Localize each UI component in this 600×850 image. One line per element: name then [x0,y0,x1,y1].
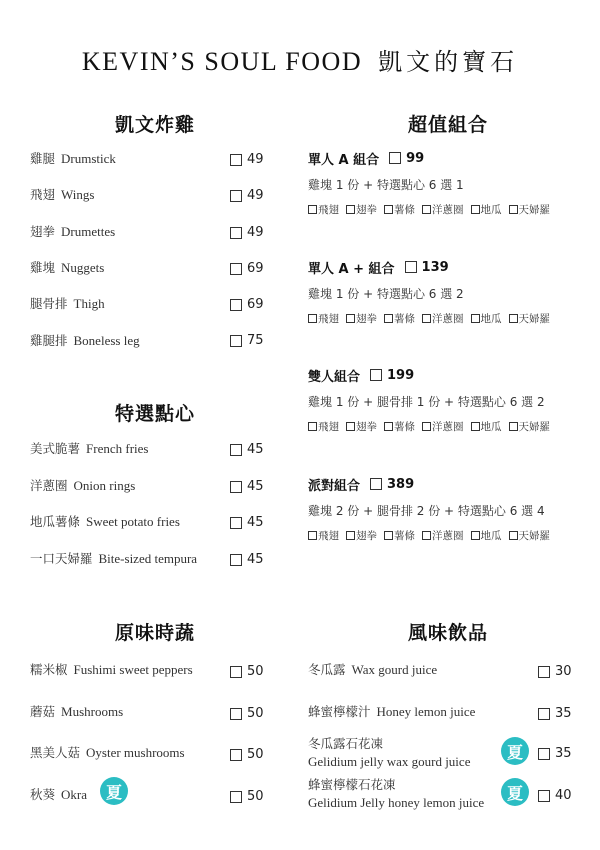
checkbox-icon[interactable] [471,531,480,540]
price-value: 50 [247,747,264,762]
price-value: 40 [555,788,572,803]
price-mushrooms[interactable]: 50 [230,706,264,721]
checkbox-icon[interactable] [471,422,480,431]
checkbox-icon[interactable] [346,422,355,431]
option-label: 薯條 [394,528,415,543]
checkbox-icon[interactable] [346,314,355,323]
combo-price: 199 [387,368,414,383]
price-french-fries[interactable]: 45 [230,442,264,457]
price-value: 50 [247,706,264,721]
checkbox-icon[interactable] [230,263,242,275]
price-value: 69 [247,297,264,312]
item-name-en: Gelidium Jelly honey lemon juice [308,795,508,811]
option-fries[interactable]: 薯條 [384,311,415,326]
checkbox-icon[interactable] [405,261,417,273]
item-name-en: Gelidium jelly wax gourd juice [308,754,508,770]
option-tempura[interactable]: 天婦羅 [509,419,551,434]
price-value: 45 [247,442,264,457]
combo-price: 99 [406,151,424,166]
item-name-zh: 糯米椒 [30,662,68,677]
item-name-en: French fries [86,441,148,456]
option-label: 天婦羅 [519,311,551,326]
checkbox-icon[interactable] [422,314,431,323]
combo-name: 雙人組合 [308,366,360,385]
item-name-en: Okra [61,787,87,802]
option-label: 飛翅 [318,528,339,543]
option-label: 天婦羅 [519,202,551,217]
option-label: 洋蔥圈 [432,419,464,434]
item-name-en: Fushimi sweet peppers [74,662,193,677]
price-value: 49 [247,188,264,203]
checkbox-icon[interactable] [384,422,393,431]
option-tempura[interactable]: 天婦羅 [509,311,551,326]
price-wax-gourd-juice[interactable]: 30 [538,664,572,679]
item-name-en: Wax gourd juice [352,662,438,677]
price-value: 49 [247,225,264,240]
item-name-en: Drumettes [61,224,115,239]
price-nuggets[interactable]: 69 [230,261,264,276]
checkbox-icon[interactable] [538,790,550,802]
price-value: 69 [247,261,264,276]
checkbox-icon[interactable] [230,227,242,239]
item-name-zh: 蜂蜜檸檬石花凍 [308,777,396,792]
checkbox-icon[interactable] [384,531,393,540]
option-sweet-potato[interactable]: 地瓜 [471,419,502,434]
combo-options: 飛翅 翅拳 薯條 洋蔥圈 地瓜 天婦羅 [308,202,588,217]
combo-header: 單人 A + 組合139 [308,258,588,276]
checkbox-icon[interactable] [230,190,242,202]
combo-header: 派對組合389 [308,475,588,493]
section-title-fried-chicken: 凱文炸雞 [55,110,255,137]
checkbox-icon[interactable] [230,335,242,347]
checkbox-icon[interactable] [422,531,431,540]
item-name-zh: 一口天婦羅 [30,551,93,566]
combo-header: 單人 A 組合99 [308,149,588,167]
price-value: 45 [247,515,264,530]
checkbox-icon[interactable] [346,531,355,540]
menu-item-jelly-honey-lemon-juice: 蜂蜜檸檬石花凍Gelidium Jelly honey lemon juice [308,774,508,811]
checkbox-icon[interactable] [538,666,550,678]
option-tempura[interactable]: 天婦羅 [509,528,551,543]
item-name-zh: 地瓜薯條 [30,514,80,529]
section-title-drinks: 風味飲品 [348,618,548,645]
checkbox-icon[interactable] [384,205,393,214]
menu-item-wax-gourd-juice: 冬瓜露Wax gourd juice [308,659,538,678]
price-value: 35 [555,746,572,761]
item-name-zh: 雞腿 [30,151,55,166]
checkbox-icon[interactable] [509,205,518,214]
checkbox-icon[interactable] [230,554,242,566]
item-name-en: Drumstick [61,151,116,166]
combo-options: 飛翅 翅拳 薯條 洋蔥圈 地瓜 天婦羅 [308,528,588,543]
option-label: 薯條 [394,202,415,217]
checkbox-icon[interactable] [308,314,317,323]
menu-item-jelly-wax-gourd-juice: 冬瓜露石花凍Gelidium jelly wax gourd juice [308,733,508,770]
checkbox-icon[interactable] [384,314,393,323]
option-fries[interactable]: 薯條 [384,528,415,543]
option-label: 翅拳 [356,202,377,217]
option-wings[interactable]: 飛翅 [308,202,339,217]
option-label: 洋蔥圈 [432,311,464,326]
item-name-en: Sweet potato fries [86,514,180,529]
checkbox-icon[interactable] [230,666,242,678]
summer-badge-icon: 夏 [501,778,529,806]
item-name-zh: 雞腿排 [30,333,68,348]
checkbox-icon[interactable] [389,152,401,164]
checkbox-icon[interactable] [230,444,242,456]
item-name-zh: 雞塊 [30,260,55,275]
price-value: 45 [247,479,264,494]
section-title-combos: 超值組合 [348,110,548,137]
checkbox-icon[interactable] [230,154,242,166]
option-wings[interactable]: 飛翅 [308,528,339,543]
item-name-en: Bite-sized tempura [99,551,198,566]
price-bite-sized-tempura[interactable]: 45 [230,552,264,567]
price-jelly-honey-lemon-juice[interactable]: 40 [538,788,572,803]
price-drumettes[interactable]: 49 [230,225,264,240]
checkbox-icon[interactable] [509,531,518,540]
checkbox-icon[interactable] [538,748,550,760]
price-sweet-peppers[interactable]: 50 [230,664,264,679]
price-honey-lemon-juice[interactable]: 35 [538,706,572,721]
checkbox-icon[interactable] [346,205,355,214]
option-label: 地瓜 [481,419,502,434]
combo-name: 派對組合 [308,475,360,494]
combo-name: 單人 A + 組合 [308,258,395,277]
item-name-en: Nuggets [61,260,104,275]
item-name-en: Boneless leg [74,333,140,348]
option-label: 地瓜 [481,202,502,217]
price-jelly-wax-gourd-juice[interactable]: 35 [538,746,572,761]
checkbox-icon[interactable] [230,299,242,311]
option-label: 洋蔥圈 [432,202,464,217]
price-value: 50 [247,664,264,679]
option-label: 地瓜 [481,528,502,543]
combo-description: 雞塊 1 份 + 特選點心 6 選 2 [308,285,588,301]
item-name-zh: 蜂蜜檸檬汁 [308,704,371,719]
option-label: 翅拳 [356,419,377,434]
item-name-zh: 秋葵 [30,787,55,802]
option-sweet-potato[interactable]: 地瓜 [471,202,502,217]
checkbox-icon[interactable] [422,422,431,431]
combo-party: 派對組合389 雞塊 2 份 + 腿骨排 2 份 + 特選點心 6 選 4 飛翅… [308,475,588,543]
option-label: 天婦羅 [519,528,551,543]
item-name-zh: 腿骨排 [30,296,68,311]
price-value: 50 [247,789,264,804]
summer-badge-icon: 夏 [501,737,529,765]
item-name-zh: 冬瓜露 [308,662,346,677]
checkbox-icon[interactable] [538,708,550,720]
checkbox-icon[interactable] [230,517,242,529]
item-name-en: Honey lemon juice [377,704,476,719]
combo-options: 飛翅 翅拳 薯條 洋蔥圈 地瓜 天婦羅 [308,419,588,434]
price-wings[interactable]: 49 [230,188,264,203]
checkbox-icon[interactable] [230,749,242,761]
section-title-vegetables: 原味時蔬 [55,618,255,645]
option-drumettes[interactable]: 翅拳 [346,419,377,434]
option-sweet-potato[interactable]: 地瓜 [471,311,502,326]
item-name-en: Oyster mushrooms [86,745,185,760]
option-fries[interactable]: 薯條 [384,202,415,217]
checkbox-icon[interactable] [308,531,317,540]
price-onion-rings[interactable]: 45 [230,479,264,494]
option-label: 薯條 [394,311,415,326]
option-onion-rings[interactable]: 洋蔥圈 [422,528,464,543]
combo-single-a-plus: 單人 A + 組合139 雞塊 1 份 + 特選點心 6 選 2 飛翅 翅拳 薯… [308,258,588,326]
item-name-zh: 黑美人菇 [30,745,80,760]
option-label: 翅拳 [356,528,377,543]
price-thigh[interactable]: 69 [230,297,264,312]
option-label: 地瓜 [481,311,502,326]
item-name-en: Mushrooms [61,704,123,719]
item-name-en: Onion rings [74,478,136,493]
option-label: 飛翅 [318,202,339,217]
option-label: 翅拳 [356,311,377,326]
option-onion-rings[interactable]: 洋蔥圈 [422,419,464,434]
checkbox-icon[interactable] [509,422,518,431]
price-value: 45 [247,552,264,567]
price-drumstick[interactable]: 49 [230,152,264,167]
checkbox-icon[interactable] [230,708,242,720]
price-boneless-leg[interactable]: 75 [230,333,264,348]
menu-title: KEVIN’S SOUL FOOD凱文的寶石 [0,42,600,77]
option-wings[interactable]: 飛翅 [308,311,339,326]
menu-item-honey-lemon-juice: 蜂蜜檸檬汁Honey lemon juice [308,701,538,720]
title-english: KEVIN’S SOUL FOOD [82,47,362,76]
option-wings[interactable]: 飛翅 [308,419,339,434]
price-value: 75 [247,333,264,348]
item-name-zh: 蘑菇 [30,704,55,719]
title-chinese: 凱文的寶石 [378,48,518,76]
option-drumettes[interactable]: 翅拳 [346,311,377,326]
combo-header: 雙人組合199 [308,366,588,384]
item-name-zh: 飛翅 [30,187,55,202]
combo-description: 雞塊 1 份 + 特選點心 6 選 1 [308,176,588,192]
option-onion-rings[interactable]: 洋蔥圈 [422,311,464,326]
price-oyster-mushrooms[interactable]: 50 [230,747,264,762]
checkbox-icon[interactable] [370,369,382,381]
option-label: 天婦羅 [519,419,551,434]
section-title-snacks: 特選點心 [55,399,255,426]
combo-double: 雙人組合199 雞塊 1 份 + 腿骨排 1 份 + 特選點心 6 選 2 飛翅… [308,366,588,434]
price-value: 30 [555,664,572,679]
option-label: 薯條 [394,419,415,434]
option-sweet-potato[interactable]: 地瓜 [471,528,502,543]
combo-options: 飛翅 翅拳 薯條 洋蔥圈 地瓜 天婦羅 [308,311,588,326]
item-name-zh: 洋蔥圈 [30,478,68,493]
item-name-zh: 冬瓜露石花凍 [308,736,383,751]
checkbox-icon[interactable] [509,314,518,323]
checkbox-icon[interactable] [471,205,480,214]
checkbox-icon[interactable] [422,205,431,214]
combo-price: 139 [422,260,449,275]
combo-name: 單人 A 組合 [308,149,379,168]
item-name-en: Wings [61,187,94,202]
item-name-en: Thigh [74,296,105,311]
checkbox-icon[interactable] [370,478,382,490]
price-value: 49 [247,152,264,167]
combo-price: 389 [387,477,414,492]
combo-description: 雞塊 2 份 + 腿骨排 2 份 + 特選點心 6 選 4 [308,502,588,518]
price-value: 35 [555,706,572,721]
price-okra[interactable]: 50 [230,789,264,804]
option-tempura[interactable]: 天婦羅 [509,202,551,217]
checkbox-icon[interactable] [308,422,317,431]
option-label: 飛翅 [318,311,339,326]
checkbox-icon[interactable] [471,314,480,323]
combo-single-a: 單人 A 組合99 雞塊 1 份 + 特選點心 6 選 1 飛翅 翅拳 薯條 洋… [308,149,588,217]
option-drumettes[interactable]: 翅拳 [346,528,377,543]
option-label: 洋蔥圈 [432,528,464,543]
option-onion-rings[interactable]: 洋蔥圈 [422,202,464,217]
checkbox-icon[interactable] [230,481,242,493]
summer-badge-icon: 夏 [100,777,128,805]
item-name-zh: 美式脆薯 [30,441,80,456]
combo-description: 雞塊 1 份 + 腿骨排 1 份 + 特選點心 6 選 2 [308,393,588,409]
price-sweet-potato-fries[interactable]: 45 [230,515,264,530]
option-fries[interactable]: 薯條 [384,419,415,434]
option-label: 飛翅 [318,419,339,434]
checkbox-icon[interactable] [308,205,317,214]
item-name-zh: 翅拳 [30,224,55,239]
checkbox-icon[interactable] [230,791,242,803]
option-drumettes[interactable]: 翅拳 [346,202,377,217]
